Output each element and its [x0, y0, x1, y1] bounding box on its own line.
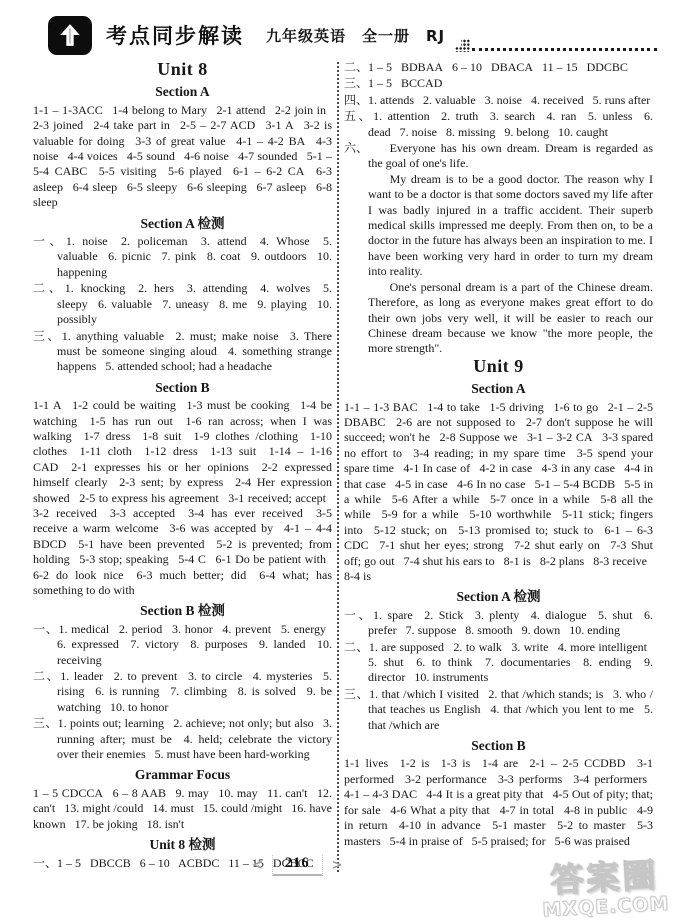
- answer-flow: 1-1 – 1-3 BAC 1-4 to take 1-5 driving 1-…: [344, 400, 653, 585]
- list-item-text: 1. knocking 2. hers 3. attending 4. wolv…: [57, 281, 332, 326]
- essay-paragraph: My dream is to be a good doctor. The rea…: [368, 172, 653, 280]
- page-header: 考点同步解读 九年级英语 全一册 RJ: [48, 12, 657, 58]
- list-marker: 二、: [344, 640, 369, 654]
- list-item-text: 1. spare 2. Stick 3. plenty 4. dialogue …: [368, 608, 653, 637]
- answer-list-item: 三、1. that /which I visited 2. that /whic…: [344, 687, 653, 733]
- section-heading: Section A 检测: [344, 589, 653, 604]
- answer-flow: 1-1 A 1-2 could be waiting 1-3 must be c…: [33, 398, 332, 598]
- essay-answer: 六、Everyone has his own dream. Dream is r…: [344, 141, 653, 357]
- series-title: 考点同步解读: [106, 20, 244, 50]
- list-marker: 一、: [33, 856, 57, 870]
- essay-paragraph: One's personal dream is a part of the Ch…: [368, 280, 653, 357]
- page-number: 216: [272, 855, 323, 876]
- answer-list-item: 五、1. attention 2. truth 3. search 4. ran…: [344, 109, 653, 140]
- list-item-text: 1. are supposed 2. to walk 3. write 4. m…: [368, 640, 653, 685]
- publisher-logo: [48, 16, 92, 55]
- answer-list-item: 三、1 – 5 BCCAD: [344, 76, 653, 91]
- answer-list-item: 四、1. attends 2. valuable 3. noise 4. rec…: [344, 93, 653, 108]
- page-nav: < 216 >: [252, 855, 343, 876]
- list-marker: 三、: [344, 687, 369, 701]
- prev-page-icon: <: [252, 858, 263, 873]
- list-item-text: 1. noise 2. policeman 3. attend 4. Whose…: [57, 234, 332, 279]
- section-heading: Section A: [33, 84, 332, 99]
- section-heading: Section A 检测: [33, 216, 332, 231]
- section-heading: Grammar Focus: [33, 767, 332, 782]
- answer-list-item: 二、1 – 5 BDBAA 6 – 10 DBACA 11 – 15 DDCBC: [344, 60, 653, 75]
- list-marker: 三、: [33, 716, 58, 730]
- list-item-text: 1. leader 2. to prevent 3. to circle 4. …: [57, 669, 332, 714]
- answer-list-item: 三、1. anything valuable 2. must; make noi…: [33, 329, 332, 375]
- list-item-text: 1. attention 2. truth 3. search 4. ran 5…: [368, 109, 653, 138]
- list-marker: 六、: [344, 141, 368, 156]
- list-item-text: 1. medical 2. period 3. honor 4. prevent…: [57, 622, 332, 667]
- dotted-rule: [472, 48, 657, 51]
- list-item-text: 1. points out; learning 2. achieve; not …: [57, 716, 332, 761]
- unit-heading: Unit 8: [33, 62, 332, 77]
- unit-heading: Unit 9: [344, 359, 653, 374]
- list-item-text: 1. that /which I visited 2. that /which …: [368, 687, 653, 732]
- list-marker: 三、: [33, 329, 62, 343]
- list-item-text: 1 – 5 BCCAD: [368, 76, 442, 90]
- answer-list-item: 一、1. spare 2. Stick 3. plenty 4. dialogu…: [344, 608, 653, 639]
- right-column: 二、1 – 5 BDBAA 6 – 10 DBACA 11 – 15 DDCBC…: [344, 60, 653, 872]
- up-arrow-icon: [57, 22, 83, 48]
- answer-book-page: 考点同步解读 九年级英语 全一册 RJ Unit 8Section A1-1 –…: [0, 0, 675, 920]
- answer-list-item: 二、1. leader 2. to prevent 3. to circle 4…: [33, 669, 332, 715]
- answer-list-item: 二、1. knocking 2. hers 3. attending 4. wo…: [33, 281, 332, 327]
- list-marker: 三、: [344, 76, 368, 90]
- answer-list-item: 一、1. noise 2. policeman 3. attend 4. Who…: [33, 234, 332, 280]
- header-rule: [455, 12, 657, 58]
- list-marker: 二、: [33, 281, 65, 295]
- answers-content: Unit 8Section A1-1 – 1-3ACC 1-4 belong t…: [33, 60, 653, 872]
- answer-flow: 1-1 lives 1-2 is 1-3 is 1-4 are 2-1 – 2-…: [344, 756, 653, 848]
- section-heading: Unit 8 检测: [33, 837, 332, 852]
- section-heading: Section B: [33, 380, 332, 395]
- list-marker: 一、: [344, 608, 373, 622]
- essay-paragraph: Everyone has his own dream. Dream is reg…: [368, 141, 653, 172]
- column-divider: [337, 62, 339, 872]
- dot-cluster-ornament: [455, 39, 470, 52]
- list-marker: 四、: [344, 93, 368, 107]
- answer-list-item: 一、1. medical 2. period 3. honor 4. preve…: [33, 622, 332, 668]
- section-heading: Section B 检测: [33, 603, 332, 618]
- watermark: 答案圈 MXQE.COM: [534, 856, 675, 920]
- list-marker: 一、: [33, 234, 66, 248]
- section-heading: Section A: [344, 381, 653, 396]
- answer-flow: 1 – 5 CDCCA 6 – 8 AAB 9. may 10. may 11.…: [33, 786, 332, 832]
- next-page-icon: >: [332, 858, 343, 873]
- list-marker: 二、: [33, 669, 60, 683]
- answer-list-item: 二、1. are supposed 2. to walk 3. write 4.…: [344, 640, 653, 686]
- list-marker: 五、: [344, 109, 373, 123]
- list-marker: 一、: [33, 622, 58, 636]
- list-item-text: 1 – 5 BDBAA 6 – 10 DBACA 11 – 15 DDCBC: [368, 60, 628, 74]
- list-marker: 二、: [344, 60, 368, 74]
- answer-list-item: 三、1. points out; learning 2. achieve; no…: [33, 716, 332, 762]
- list-item-text: 1. attends 2. valuable 3. noise 4. recei…: [368, 93, 650, 107]
- left-column: Unit 8Section A1-1 – 1-3ACC 1-4 belong t…: [33, 60, 332, 872]
- list-item-text: 1. anything valuable 2. must; make noise…: [57, 329, 332, 374]
- section-heading: Section B: [344, 738, 653, 753]
- edition-subtitle: 九年级英语 全一册 RJ: [266, 25, 445, 46]
- answer-flow: 1-1 – 1-3ACC 1-4 belong to Mary 2-1 atte…: [33, 103, 332, 211]
